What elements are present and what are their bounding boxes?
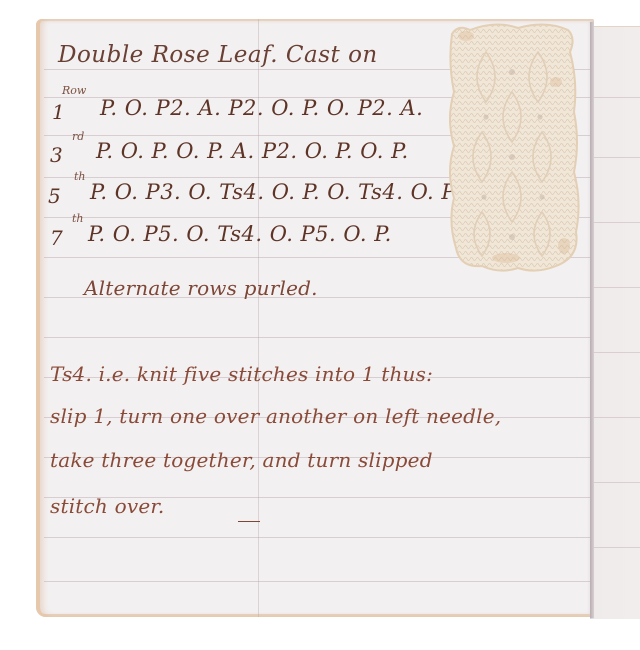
ruled-line — [590, 352, 640, 353]
row-1-superscript: Row — [62, 84, 86, 97]
row-3-number: 3 — [50, 143, 63, 167]
row-5-instructions: P. O. P3. O. Ts4. O. P. O. Ts4. O. P3 — [90, 180, 470, 204]
abbreviation-line-3: take three together, and turn slipped — [50, 448, 433, 472]
row-3-instructions: P. O. P. O. P. A. P2. O. P. O. P. — [96, 139, 409, 163]
ruled-line — [590, 417, 640, 418]
ruled-line — [590, 482, 640, 483]
book-gutter — [590, 22, 594, 618]
ruled-line — [44, 337, 594, 338]
abbreviation-line-1: Ts4. i.e. knit five stitches into 1 thus… — [50, 362, 433, 386]
row-7-instructions: P. O. P5. O. Ts4. O. P5. O. P. — [88, 222, 392, 246]
row-1-instructions: P. O. P2. A. P2. O. P. O. P2. A. — [100, 96, 423, 120]
abbreviation-line-2: slip 1, turn one over another on left ne… — [50, 404, 501, 428]
ruled-line — [44, 581, 594, 582]
ruled-line — [590, 97, 640, 98]
row-1-number: 1 — [52, 100, 65, 124]
row-5-number: 5 — [48, 184, 61, 208]
row-7-superscript: th — [72, 212, 84, 225]
abbreviation-line-4: stitch over. — [50, 494, 164, 518]
ruled-line — [44, 537, 594, 538]
recipe-title: Double Rose Leaf. Cast on — [58, 42, 378, 68]
ruled-line — [590, 157, 640, 158]
ruled-line — [590, 287, 640, 288]
row-3-superscript: rd — [72, 130, 84, 143]
ruled-line — [590, 222, 640, 223]
alternate-rows-note: Alternate rows purled. — [84, 276, 318, 300]
lace-swatch-image — [446, 22, 581, 272]
row-7-number: 7 — [50, 226, 63, 250]
notebook-spread: Double Rose Leaf. Cast on Row 1 P. O. P2… — [0, 0, 640, 650]
ruled-line — [590, 547, 640, 548]
end-dash — [238, 521, 260, 522]
right-page — [590, 26, 640, 619]
row-5-superscript: th — [74, 170, 86, 183]
